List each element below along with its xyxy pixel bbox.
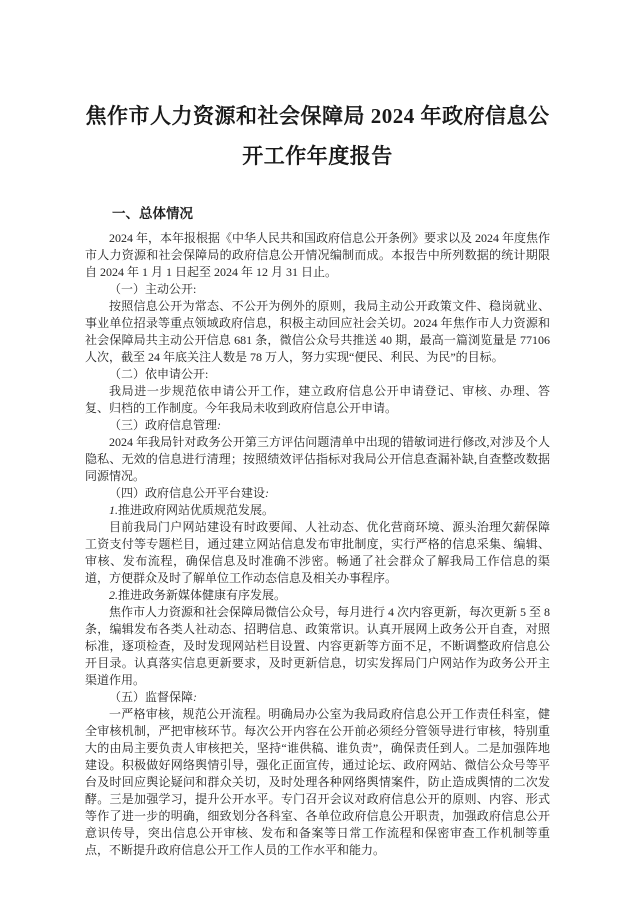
section-heading: 一、总体情况	[85, 202, 550, 222]
subheading: （四）政府信息公开平台建设:	[85, 485, 550, 502]
document-body: 2024 年，本年报根据《中华人民共和国政府信息公开条例》要求以及 2024 年…	[85, 230, 550, 859]
paragraph: 焦作市人力资源和社会保障局微信公众号，每月进行 4 次内容更新，每次更新 5 至…	[85, 604, 550, 689]
subheading: 2.推进政务新媒体健康有序发展。	[85, 587, 550, 604]
subheading: （一）主动公开:	[85, 281, 550, 298]
subheading: （五）监督保障:	[85, 689, 550, 706]
document-title: 焦作市人力资源和社会保障局 2024 年政府信息公开工作年度报告	[85, 96, 550, 176]
paragraph: 我局进一步规范依申请公开工作，建立政府信息公开申请登记、审核、办理、答复、归档的…	[85, 383, 550, 417]
subheading: （二）依申请公开:	[85, 366, 550, 383]
subheading: 1.推进政府网站优质规范发展。	[85, 502, 550, 519]
paragraph: 2024 年我局针对政务公开第三方评估问题清单中出现的错敏词进行修改,对涉及个人…	[85, 434, 550, 485]
paragraph: 一严格审核，规范公开流程。明确局办公室为我局政府信息公开工作责任科室，健全审核机…	[85, 706, 550, 859]
paragraph: 目前我局门户网站建设有时政要闻、人社动态、优化营商环境、源头治理欠薪保障工资支付…	[85, 519, 550, 587]
paragraph: 按照信息公开为常态、不公开为例外的原则，我局主动公开政策文件、稳岗就业、事业单位…	[85, 298, 550, 366]
subheading: （三）政府信息管理:	[85, 417, 550, 434]
document-page: 焦作市人力资源和社会保障局 2024 年政府信息公开工作年度报告 一、总体情况 …	[0, 0, 632, 897]
paragraph: 2024 年，本年报根据《中华人民共和国政府信息公开条例》要求以及 2024 年…	[85, 230, 550, 281]
